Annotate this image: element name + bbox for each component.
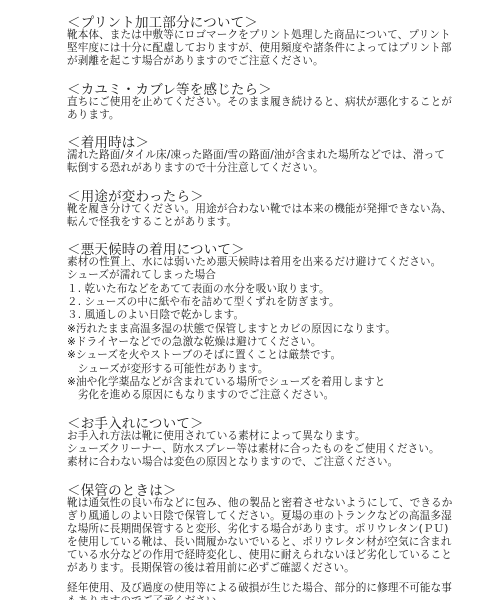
section-text: 直ちにご使用を止めてください。そのまま履き続けると、病状が悪化することが (67, 94, 452, 109)
section-text: 転倒する恐れがありますので十分注意してください。 (67, 160, 324, 175)
section-text: が剥離を起こす場合がありますのでご注意ください。 (67, 53, 324, 68)
section-text: 素材に合わない場合は変色の原因となりますので、ご注意ください。 (67, 454, 398, 469)
section-text: があります。長期保管の後は着用前に必ずご確認ください。 (67, 560, 355, 575)
section-text: あります。 (67, 107, 120, 122)
section-text: シューズが濡れてしまった場合 (67, 267, 216, 282)
footer-note: もありますのでご了承ください。 (67, 593, 227, 600)
section-text: ３. 風通しのよい日陰で乾かします。 (67, 307, 244, 322)
section-text: 転んで怪我をすることがあります。 (67, 214, 237, 229)
section-text: 劣化を進める原因にもなりますのでご注意ください。 (67, 387, 334, 402)
section-text: ※シューズを火やストーブのそばに置くことは厳禁です。 (67, 347, 341, 362)
